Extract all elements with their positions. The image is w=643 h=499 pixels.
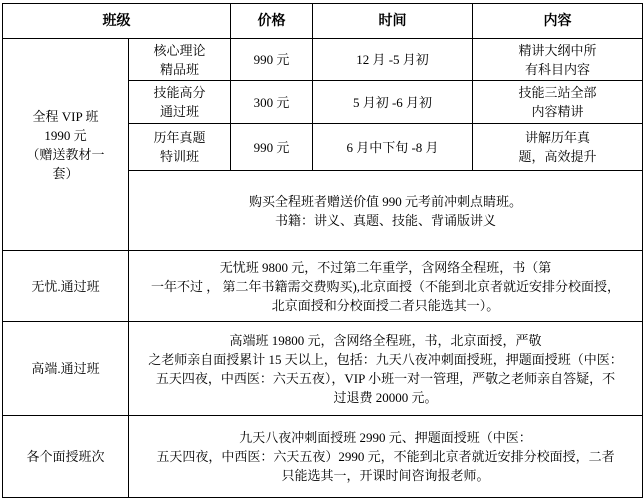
- subclass-time: 6 月中下旬 -8 月: [313, 124, 473, 171]
- table-row: 高端.通过班 高端班 19800 元，含网络全程班，书，北京面授，严敬 之老师亲…: [3, 322, 643, 416]
- table-row: 无忧.通过班 无忧班 9800 元，不过第二年重学，含网络全程班，书（第 一年不…: [3, 251, 643, 322]
- subclass-content: 精讲大纲中所 有科目内容: [473, 39, 643, 81]
- header-class: 班级: [3, 4, 231, 39]
- table-row: 全程 VIP 班 1990 元 （赠送教材一 套） 核心理论 精品班 990 元…: [3, 39, 643, 81]
- vip-group-label: 全程 VIP 班 1990 元 （赠送教材一 套）: [3, 39, 129, 251]
- subclass-time: 12 月 -5 月初: [313, 39, 473, 81]
- subclass-price: 990 元: [231, 124, 313, 171]
- header-price: 价格: [231, 4, 313, 39]
- plan-label: 各个面授班次: [3, 416, 129, 498]
- table-header-row: 班级 价格 时间 内容: [3, 4, 643, 39]
- plan-description: 九天八夜冲刺面授班 2990 元、押题面授班（中医： 五天四夜，中西医：六天五夜…: [129, 416, 643, 498]
- subclass-name: 核心理论 精品班: [129, 39, 231, 81]
- subclass-price: 300 元: [231, 81, 313, 124]
- subclass-content: 技能三站全部 内容精讲: [473, 81, 643, 124]
- subclass-name: 技能高分 通过班: [129, 81, 231, 124]
- header-content: 内容: [473, 4, 643, 39]
- subclass-price: 990 元: [231, 39, 313, 81]
- vip-bonus-note: 购买全程班者赠送价值 990 元考前冲刺点睛班。 书籍：讲义、真题、技能、背诵版…: [129, 171, 643, 251]
- subclass-time: 5 月初 -6 月初: [313, 81, 473, 124]
- plan-description: 无忧班 9800 元，不过第二年重学，含网络全程班，书（第 一年不过 ， 第二年…: [129, 251, 643, 322]
- subclass-content: 讲解历年真 题，高效提升: [473, 124, 643, 171]
- subclass-name: 历年真题 特训班: [129, 124, 231, 171]
- plan-label: 无忧.通过班: [3, 251, 129, 322]
- plan-label: 高端.通过班: [3, 322, 129, 416]
- course-pricing-table: 班级 价格 时间 内容 全程 VIP 班 1990 元 （赠送教材一 套） 核心…: [2, 3, 643, 498]
- table-row: 各个面授班次 九天八夜冲刺面授班 2990 元、押题面授班（中医： 五天四夜，中…: [3, 416, 643, 498]
- plan-description: 高端班 19800 元，含网络全程班，书，北京面授，严敬 之老师亲自面授累计 1…: [129, 322, 643, 416]
- header-time: 时间: [313, 4, 473, 39]
